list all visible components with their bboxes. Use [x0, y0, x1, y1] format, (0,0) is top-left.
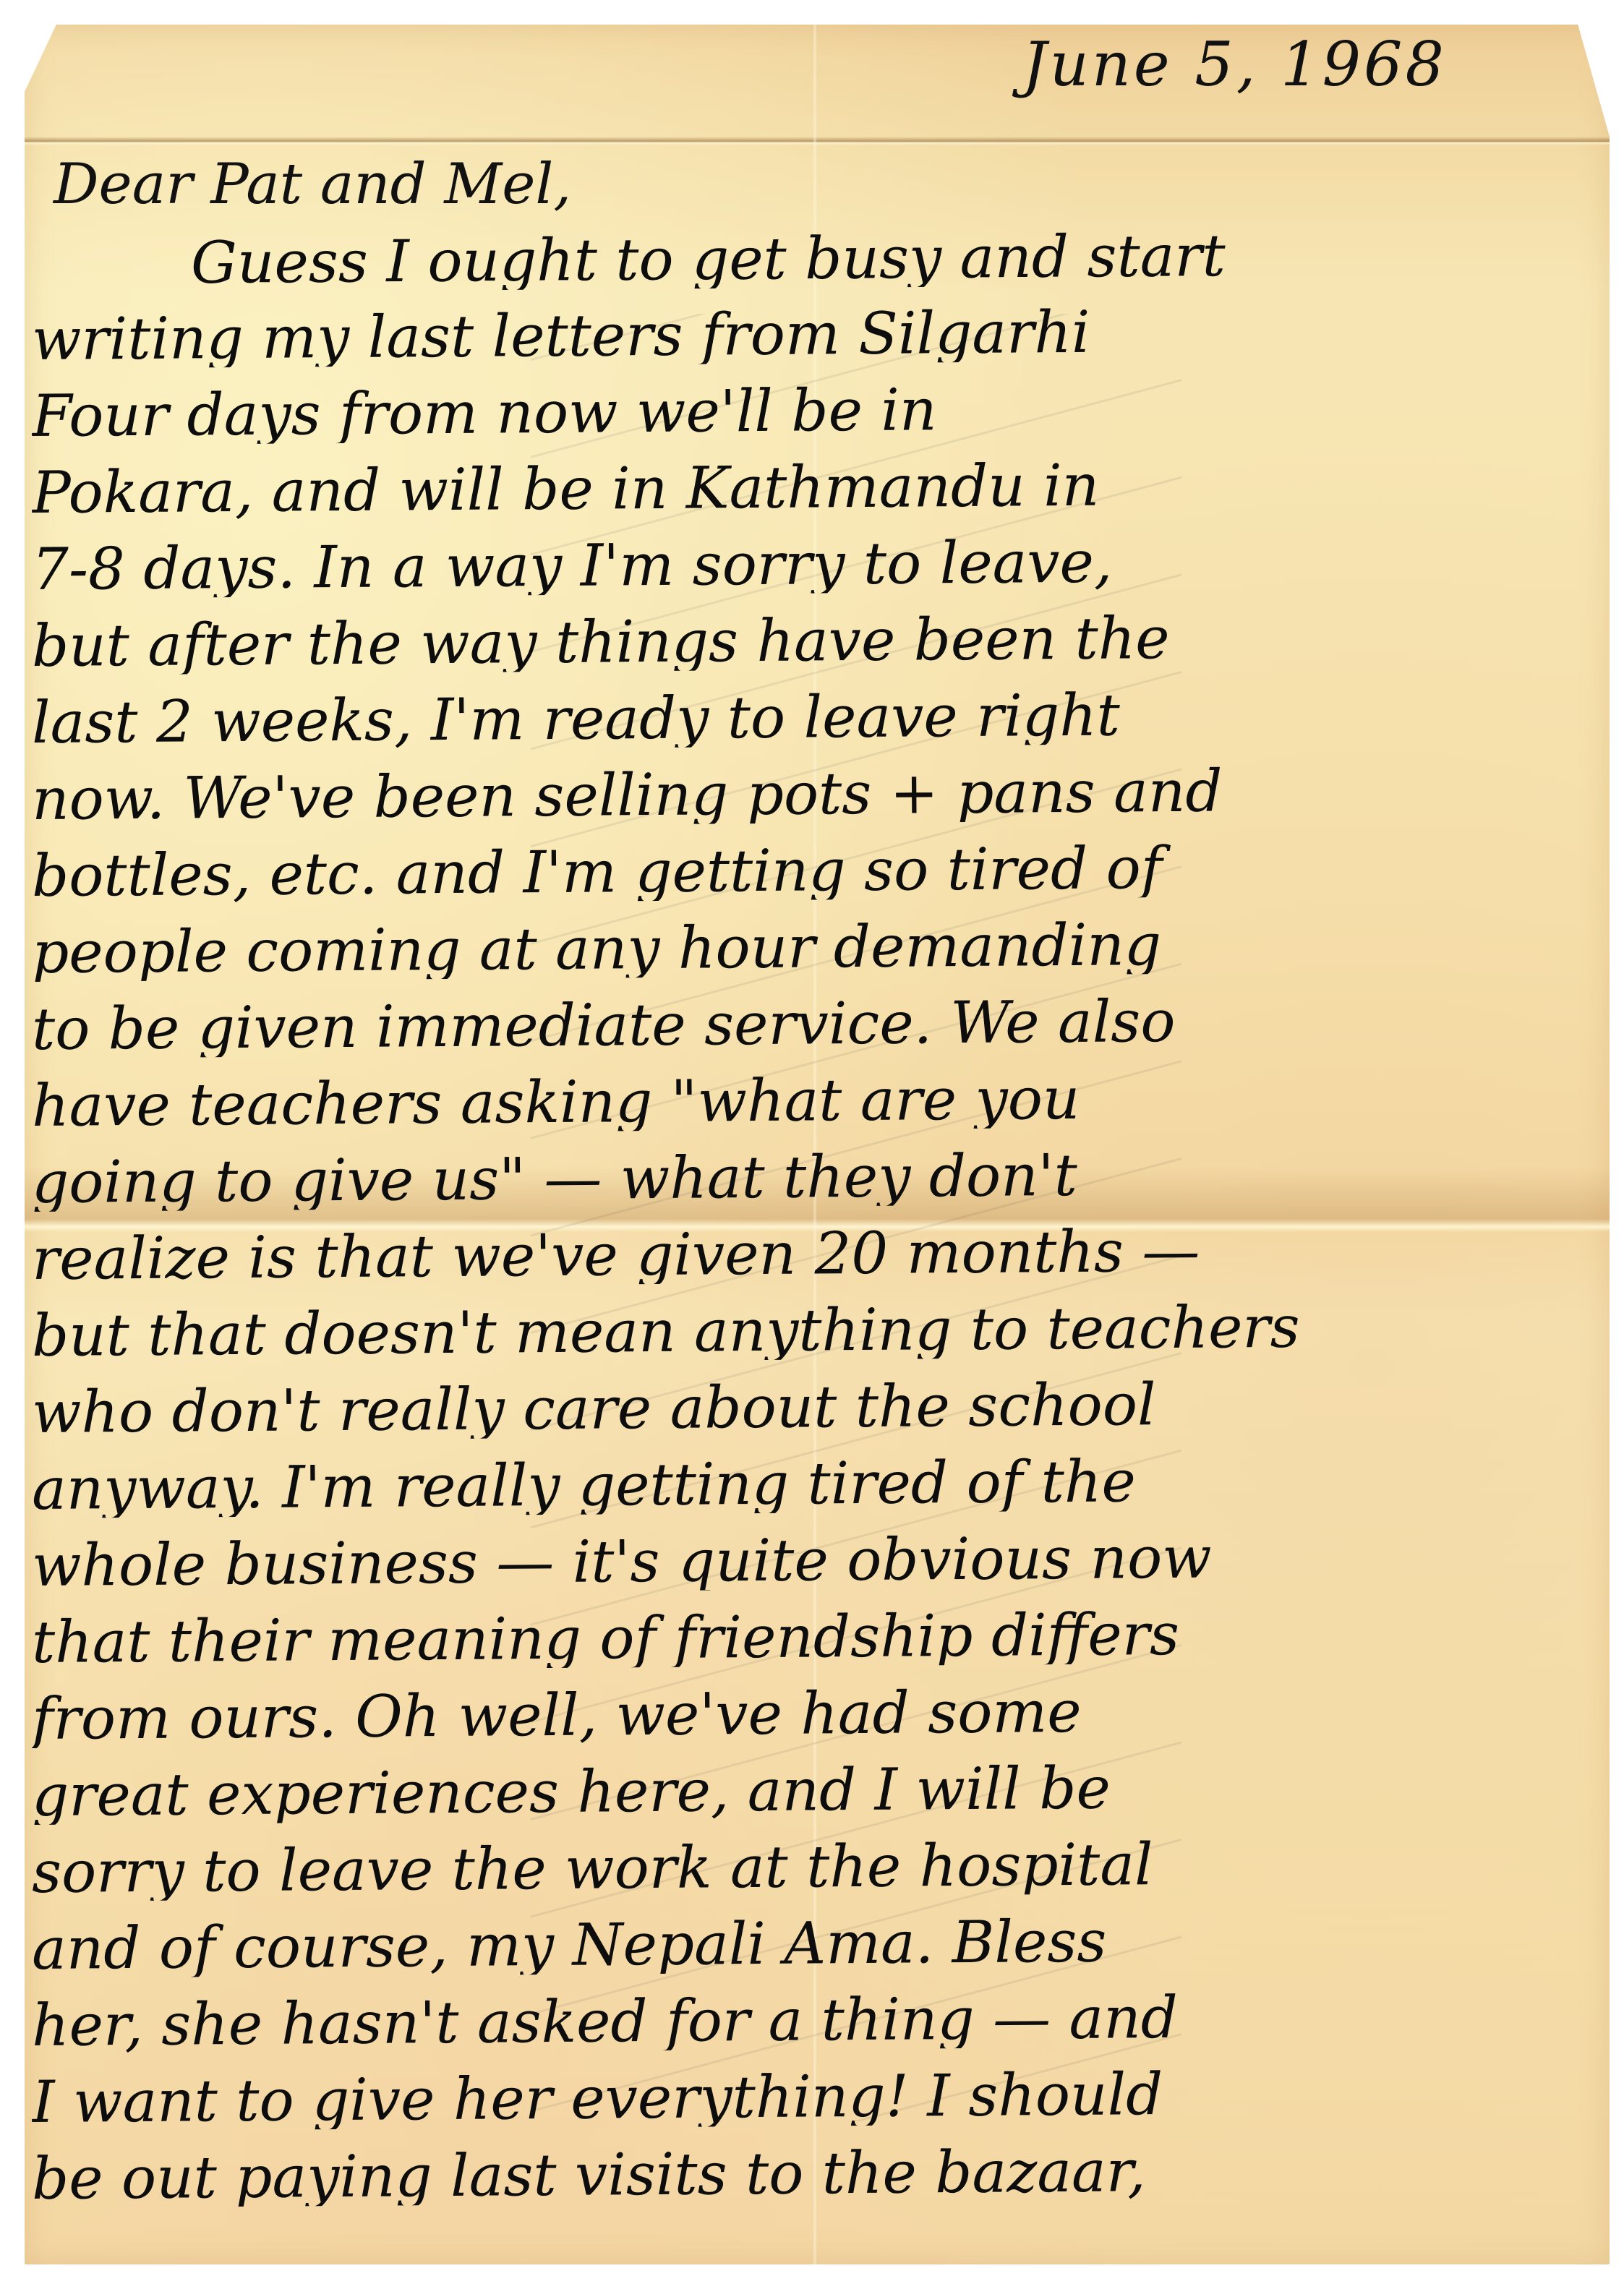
letter-date: June 5, 1968 [1022, 29, 1447, 100]
letter-line: bottles, etc. and I'm getting so tired o… [32, 837, 1602, 905]
letter-line: great experiences here, and I will be [32, 1756, 1602, 1825]
letter-line: from ours. Oh well, we've had some [32, 1680, 1602, 1748]
letter-line: but after the way things have been the [32, 607, 1602, 675]
letter-salutation: Dear Pat and Mel, [54, 152, 571, 217]
letter-line: people coming at any hour demanding [32, 913, 1602, 982]
letter-line: Four days from now we'll be in [32, 377, 1602, 445]
letter-line: I want to give her everything! I should [32, 2063, 1602, 2131]
letter-line: and of course, my Nepali Ama. Bless [32, 1909, 1602, 1978]
letter-line: be out paying last visits to the bazaar, [32, 2139, 1602, 2208]
letter-line: whole business — it's quite obvious now [32, 1526, 1602, 1595]
letter-line: Pokara, and will be in Kathmandu in [32, 453, 1602, 522]
letter-line: to be given immediate service. We also [32, 990, 1602, 1058]
letter-line: realize is that we've given 20 months — [32, 1220, 1602, 1288]
letter-paper: June 5, 1968 Dear Pat and Mel, Guess I o… [25, 25, 1610, 2264]
letter-line: now. We've been selling pots + pans and [32, 760, 1602, 829]
letter-line: going to give us" — what they don't [32, 1143, 1602, 1212]
letter-line: that their meaning of friendship differs [32, 1603, 1602, 1672]
letter-line: Guess I ought to get busy and start [191, 224, 1602, 292]
top-fold-crease [25, 137, 1610, 145]
letter-line: writing my last letters from Silgarhi [32, 300, 1602, 369]
letter-line: last 2 weeks, I'm ready to leave right [32, 683, 1602, 752]
letter-line: sorry to leave the work at the hospital [32, 1833, 1602, 1901]
letter-line: 7-8 days. In a way I'm sorry to leave, [32, 530, 1602, 599]
letter-line: who don't really care about the school [32, 1373, 1602, 1442]
letter-line: her, she hasn't asked for a thing — and [32, 1986, 1602, 2055]
letter-line: have teachers asking "what are you [32, 1066, 1602, 1135]
letter-line: but that doesn't mean anything to teache… [32, 1296, 1602, 1365]
letter-line: anyway. I'm really getting tired of the [32, 1450, 1602, 1518]
